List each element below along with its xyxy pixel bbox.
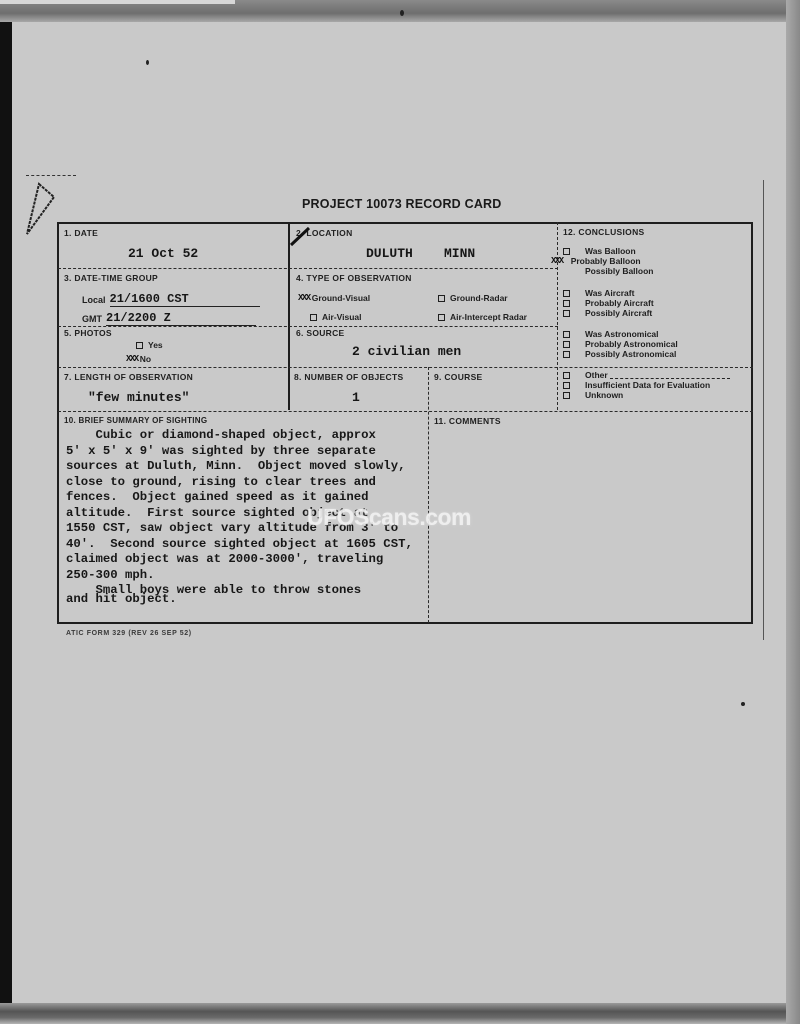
gmt-time-value: 21/2200 Z	[106, 311, 171, 325]
option-ground-radar[interactable]: Ground-Radar	[438, 293, 508, 303]
conclusion-probably-astronomical[interactable]: Probably Astronomical	[563, 339, 678, 349]
checked-x-mark-icon: XXX	[298, 293, 310, 303]
speck	[146, 60, 149, 65]
divider	[58, 411, 753, 412]
option-ground-visual[interactable]: XXX Ground-Visual	[298, 293, 370, 303]
checkbox-icon	[563, 382, 570, 389]
location-city: DULUTH	[366, 246, 413, 261]
checkbox-icon	[563, 351, 570, 358]
date-time-group-label: 3. DATE-TIME GROUP	[64, 273, 158, 283]
checkbox-icon	[563, 300, 570, 307]
conclusion-unknown[interactable]: Unknown	[563, 390, 623, 400]
comments-label: 11. COMMENTS	[434, 416, 501, 426]
gmt-label: GMT	[82, 314, 102, 324]
checkbox-icon	[438, 314, 445, 321]
divider	[557, 222, 558, 410]
local-label: Local	[82, 295, 106, 305]
option-photos-no[interactable]: XXX No	[126, 354, 151, 364]
photos-label: 5. PHOTOS	[64, 328, 112, 338]
checkbox-icon	[563, 372, 570, 379]
brief-summary-label: 10. BRIEF SUMMARY OF SIGHTING	[64, 416, 207, 425]
length-of-observation-value: "few minutes"	[88, 390, 189, 405]
gmt-time-row: GMT 21/2200 Z	[82, 311, 256, 326]
checkbox-icon	[563, 331, 570, 338]
speck	[400, 10, 404, 16]
scan-bottom-edge	[0, 1003, 800, 1024]
other-blank-line[interactable]	[610, 371, 730, 379]
checkbox-icon	[563, 341, 570, 348]
conclusion-insufficient-data[interactable]: Insufficient Data for Evaluation	[563, 380, 710, 390]
checkbox-icon	[310, 314, 317, 321]
conclusion-probably-balloon[interactable]: XXXProbably Balloon	[551, 256, 641, 266]
corner-mark	[26, 175, 76, 176]
conclusion-possibly-balloon[interactable]: Possibly Balloon	[563, 266, 654, 276]
checked-x-mark-icon: XXX	[126, 354, 138, 364]
gmt-time-field: 21/2200 Z	[106, 311, 256, 326]
local-time-row: Local 21/1600 CST	[82, 292, 260, 307]
checkbox-icon	[563, 392, 570, 399]
checkbox-icon	[438, 295, 445, 302]
source-value: 2 civilian men	[352, 344, 461, 359]
form-number: ATIC FORM 329 (REV 26 SEP 52)	[66, 630, 192, 637]
watermark: UFOScans.com	[307, 504, 471, 531]
source-label: 6. SOURCE	[296, 328, 345, 338]
option-air-intercept-radar[interactable]: Air-Intercept Radar	[438, 312, 527, 322]
option-photos-yes[interactable]: Yes	[136, 340, 163, 350]
conclusion-was-aircraft[interactable]: Was Aircraft	[563, 288, 634, 298]
pen-mark-icon	[289, 225, 311, 247]
checkbox-icon	[563, 290, 570, 297]
scan-right-edge	[786, 0, 800, 1024]
conclusion-was-astronomical[interactable]: Was Astronomical	[563, 329, 659, 339]
divider	[58, 367, 753, 368]
date-label: 1. DATE	[64, 228, 98, 238]
speck	[741, 702, 745, 706]
checkbox-icon	[563, 310, 570, 317]
number-of-objects-value: 1	[352, 390, 360, 405]
conclusion-possibly-aircraft[interactable]: Possibly Aircraft	[563, 308, 652, 318]
checkbox-icon	[563, 248, 570, 255]
conclusion-was-balloon[interactable]: Was Balloon	[563, 246, 636, 256]
document-title: PROJECT 10073 RECORD CARD	[302, 197, 502, 211]
scan-left-edge	[0, 0, 12, 1024]
type-of-observation-label: 4. TYPE OF OBSERVATION	[296, 273, 412, 283]
date-value: 21 Oct 52	[128, 246, 198, 261]
divider	[288, 222, 290, 410]
divider	[58, 268, 558, 269]
pennant-mark-icon	[24, 182, 58, 237]
conclusions-label: 12. CONCLUSIONS	[563, 227, 645, 237]
conclusion-possibly-astronomical[interactable]: Possibly Astronomical	[563, 349, 676, 359]
local-time-value: 21/1600 CST	[110, 292, 189, 306]
divider	[428, 367, 429, 623]
checked-x-mark-icon: XXX	[551, 256, 563, 266]
course-label: 9. COURSE	[434, 372, 483, 382]
local-time-field: 21/1600 CST	[110, 292, 260, 307]
length-of-observation-label: 7. LENGTH OF OBSERVATION	[64, 372, 193, 382]
option-air-visual[interactable]: Air-Visual	[310, 312, 362, 322]
location-state: MINN	[444, 246, 475, 261]
conclusion-probably-aircraft[interactable]: Probably Aircraft	[563, 298, 654, 308]
conclusion-other[interactable]: Other	[563, 370, 730, 380]
page-edge-line	[763, 180, 764, 640]
number-of-objects-label: 8. NUMBER OF OBJECTS	[294, 372, 403, 382]
checkbox-icon	[136, 342, 143, 349]
divider	[58, 326, 558, 327]
